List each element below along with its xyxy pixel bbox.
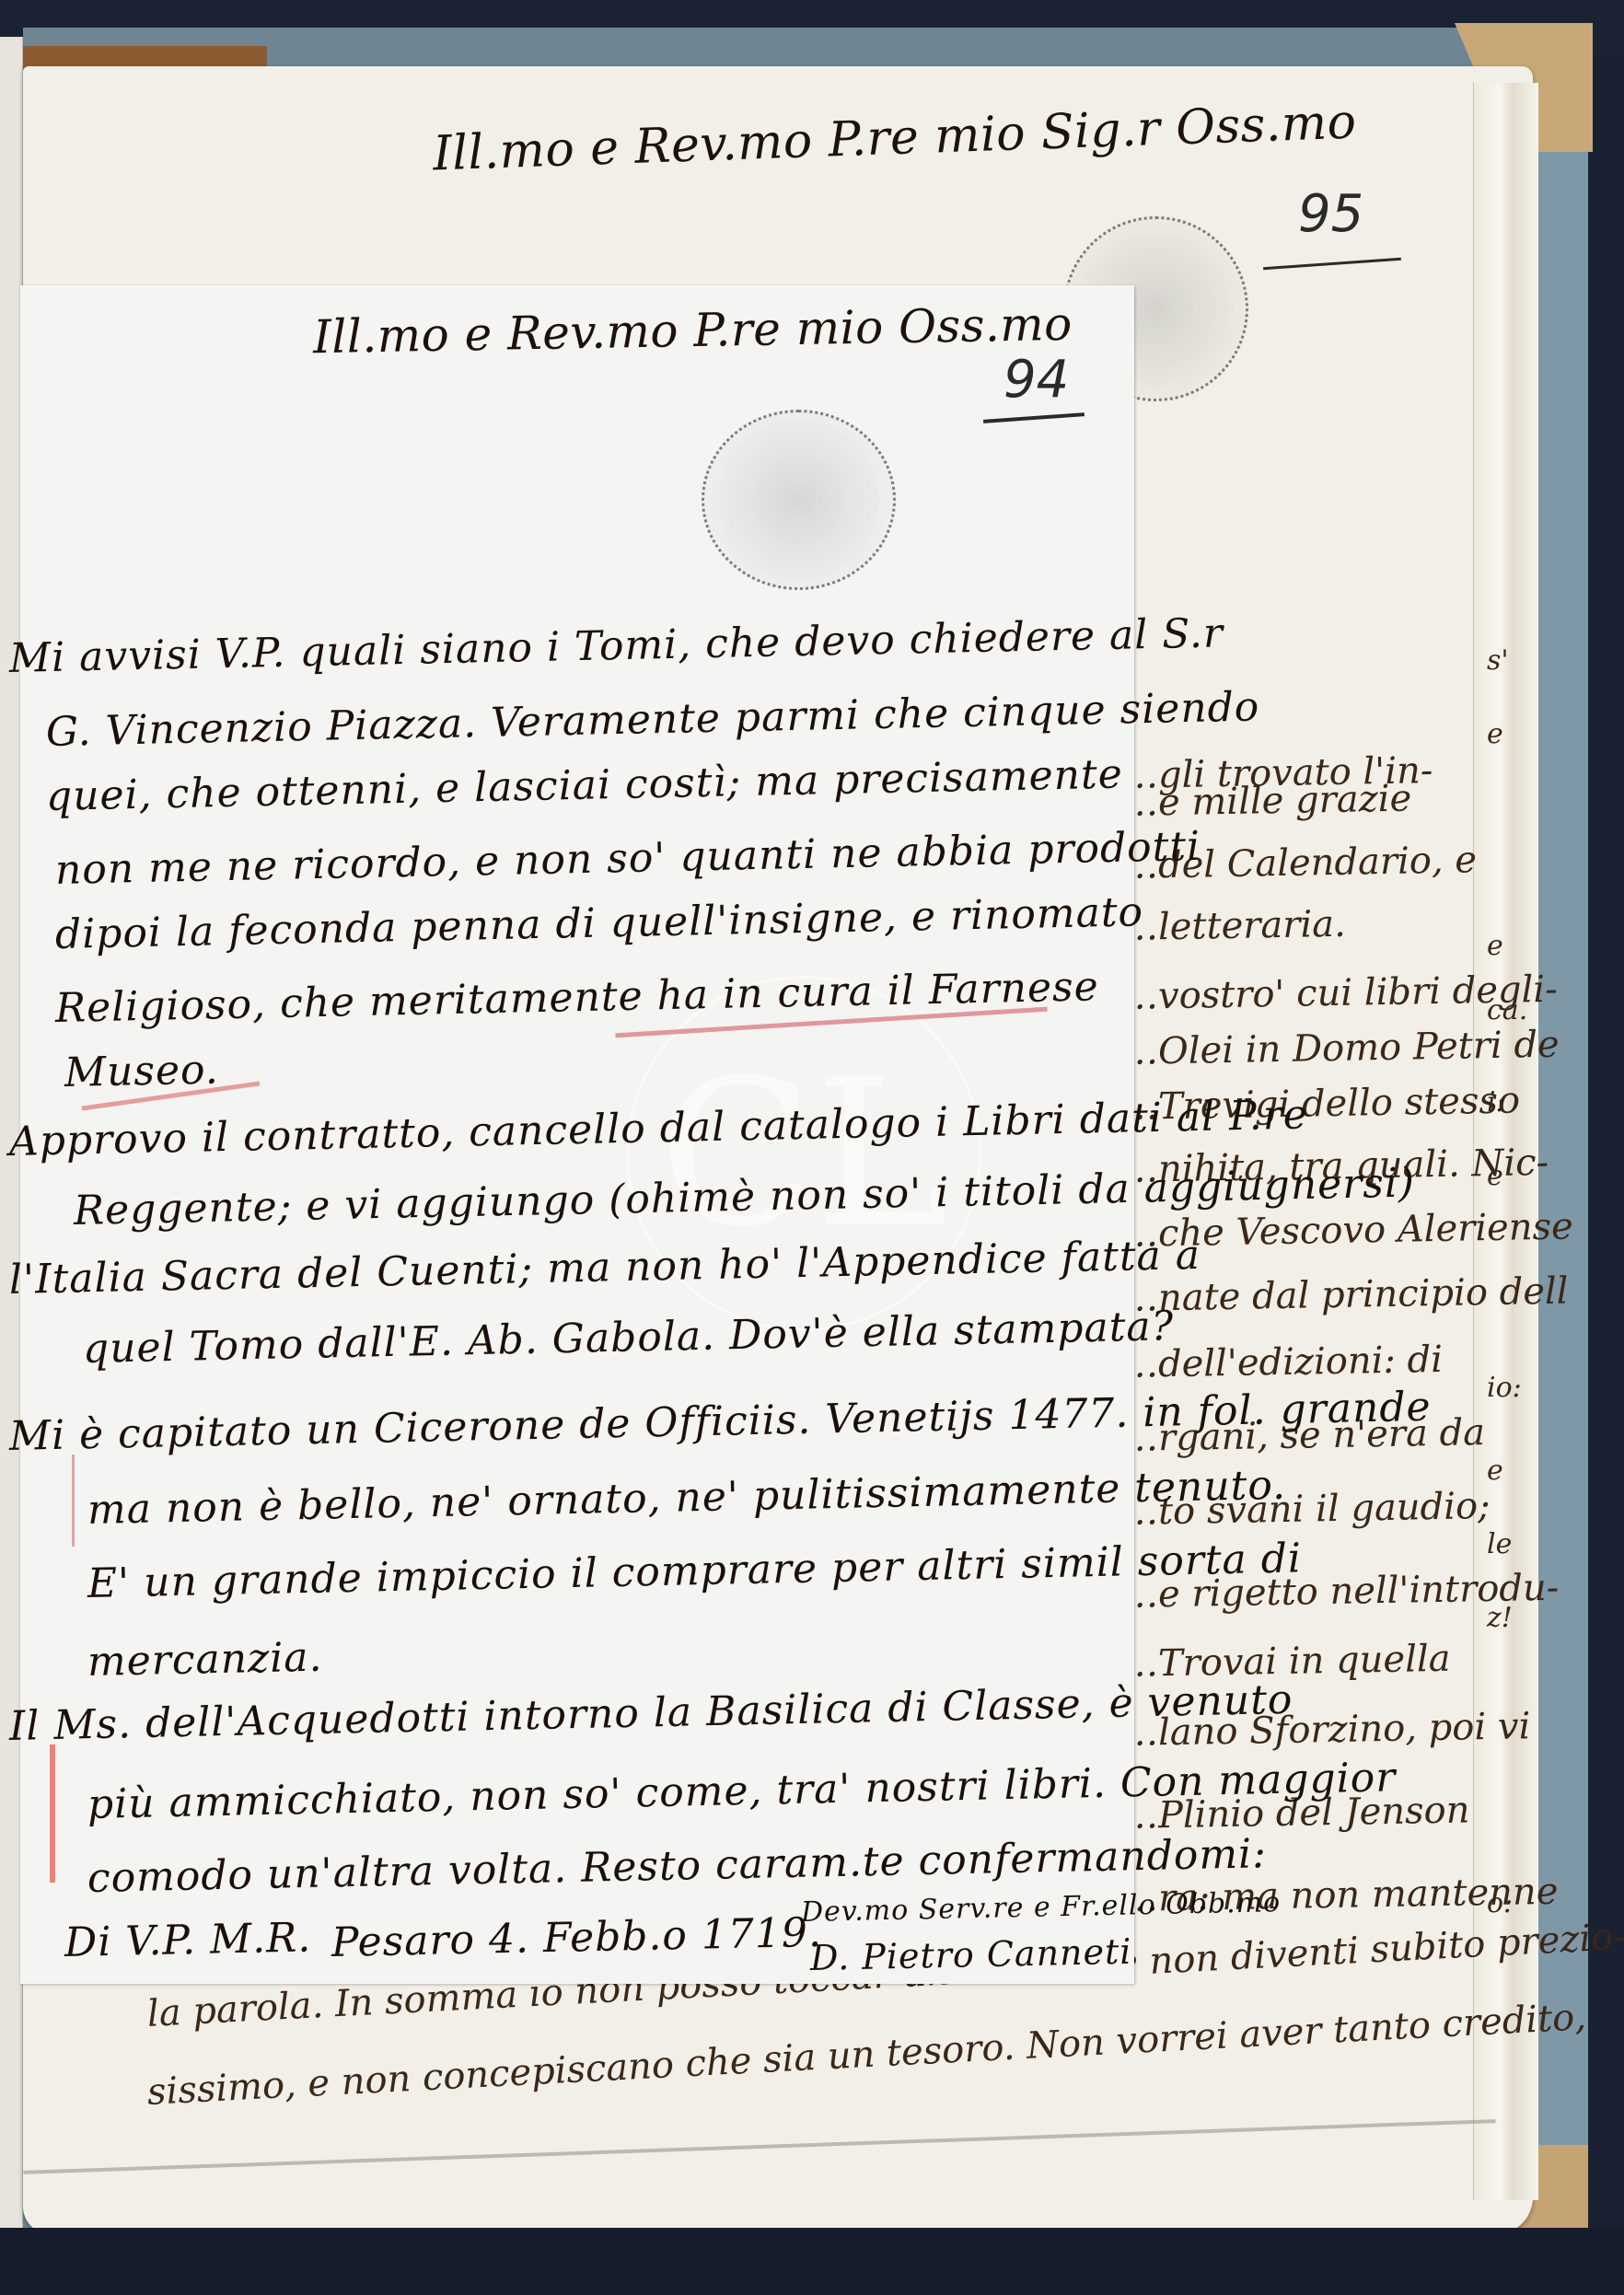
red-pencil-margin-bar	[50, 1744, 55, 1883]
letter-line: mercanzia.	[87, 1634, 322, 1686]
library-stamp-icon	[702, 410, 896, 590]
margin-char: e	[1487, 1455, 1503, 1487]
closing-left: Di V.P. M.R.	[64, 1914, 311, 1966]
margin-char: e	[1487, 930, 1503, 962]
margin-char: i:	[1487, 1086, 1505, 1119]
margin-char: z!	[1487, 1602, 1513, 1634]
margin-char: s'	[1487, 644, 1509, 677]
letter-line: Museo.	[64, 1046, 219, 1096]
margin-char: le	[1487, 1528, 1512, 1560]
folio-number-95: 95	[1298, 184, 1363, 244]
back-line: …Olei in Domo Petri de	[1121, 1024, 1560, 1073]
margin-char: e	[1487, 718, 1503, 750]
margin-char: io:	[1487, 1372, 1522, 1404]
margin-char: e	[1487, 1160, 1503, 1192]
binding-background-bottom	[0, 2228, 1624, 2295]
signature: D. Pietro Canneti	[810, 1931, 1132, 1978]
back-line: …letteraria.	[1121, 903, 1347, 949]
margin-char: ca.	[1487, 994, 1527, 1026]
back-line: …e mille grazie	[1121, 778, 1412, 825]
folio-number-94: 94	[1003, 350, 1069, 410]
margin-char: o:	[1487, 1887, 1513, 1919]
red-pencil-margin-bar	[72, 1455, 75, 1547]
